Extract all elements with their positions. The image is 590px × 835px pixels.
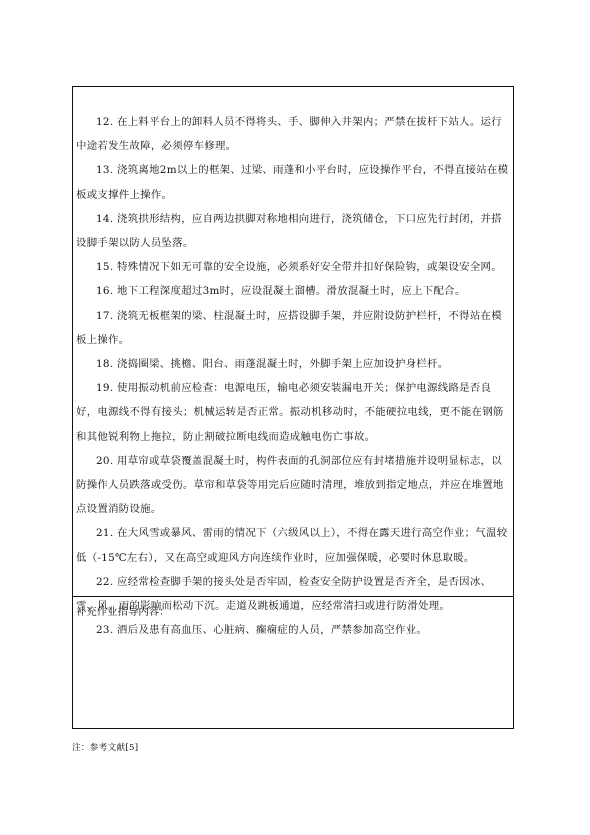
safety-rules-list: 12. 在上料平台上的卸料人员不得将头、手、脚伸入井架内；严禁在拔杆下站人。运行… bbox=[73, 110, 513, 642]
rule-17: 17. 浇筑无板框架的梁、柱混凝土时，应搭设脚手架，并应附设防护栏杆，不得站在模… bbox=[76, 304, 510, 352]
rule-18: 18. 浇捣圈梁、挑檐、阳台、雨蓬混凝土时，外脚手架上应加设护身栏杆。 bbox=[76, 352, 510, 376]
rule-14: 14. 浇筑拱形结构，应自两边拱脚对称地相向进行，浇筑储仓，下口应先行封闭，并搭… bbox=[76, 207, 510, 255]
rule-19: 19. 使用振动机前应检查：电源电压，输电必须安装漏电开关；保护电源线路是否良好… bbox=[76, 376, 510, 449]
rule-21: 21. 在大风雪或暴风、雷雨的情况下（六级风以上），不得在露天进行高空作业；气温… bbox=[76, 521, 510, 569]
supplement-cell: 补充作业指导内容： bbox=[73, 597, 513, 728]
rule-13: 13. 浇筑离地2m以上的框架、过梁、雨蓬和小平台时，应设操作平台，不得直接站在… bbox=[76, 158, 510, 206]
safety-rules-cell: 12. 在上料平台上的卸料人员不得将头、手、脚伸入井架内；严禁在拔杆下站人。运行… bbox=[73, 87, 513, 597]
rule-15: 15. 特殊情况下如无可靠的安全设施，必须系好安全带并扣好保险钩，或架设安全网。 bbox=[76, 255, 510, 279]
rule-12: 12. 在上料平台上的卸料人员不得将头、手、脚伸入井架内；严禁在拔杆下站人。运行… bbox=[76, 110, 510, 158]
rule-16: 16. 地下工程深度超过3m时，应设混凝土溜槽。滑放混凝土时，应上下配合。 bbox=[76, 279, 510, 303]
rule-20: 20. 用草帘或草袋覆盖混凝土时，构件表面的孔洞部位应有封堵措施并设明显标志，以… bbox=[76, 449, 510, 522]
supplement-label: 补充作业指导内容： bbox=[76, 603, 170, 618]
instruction-table: 12. 在上料平台上的卸料人员不得将头、手、脚伸入井架内；严禁在拔杆下站人。运行… bbox=[72, 86, 514, 729]
footnote: 注：参考文献[5] bbox=[72, 741, 138, 753]
